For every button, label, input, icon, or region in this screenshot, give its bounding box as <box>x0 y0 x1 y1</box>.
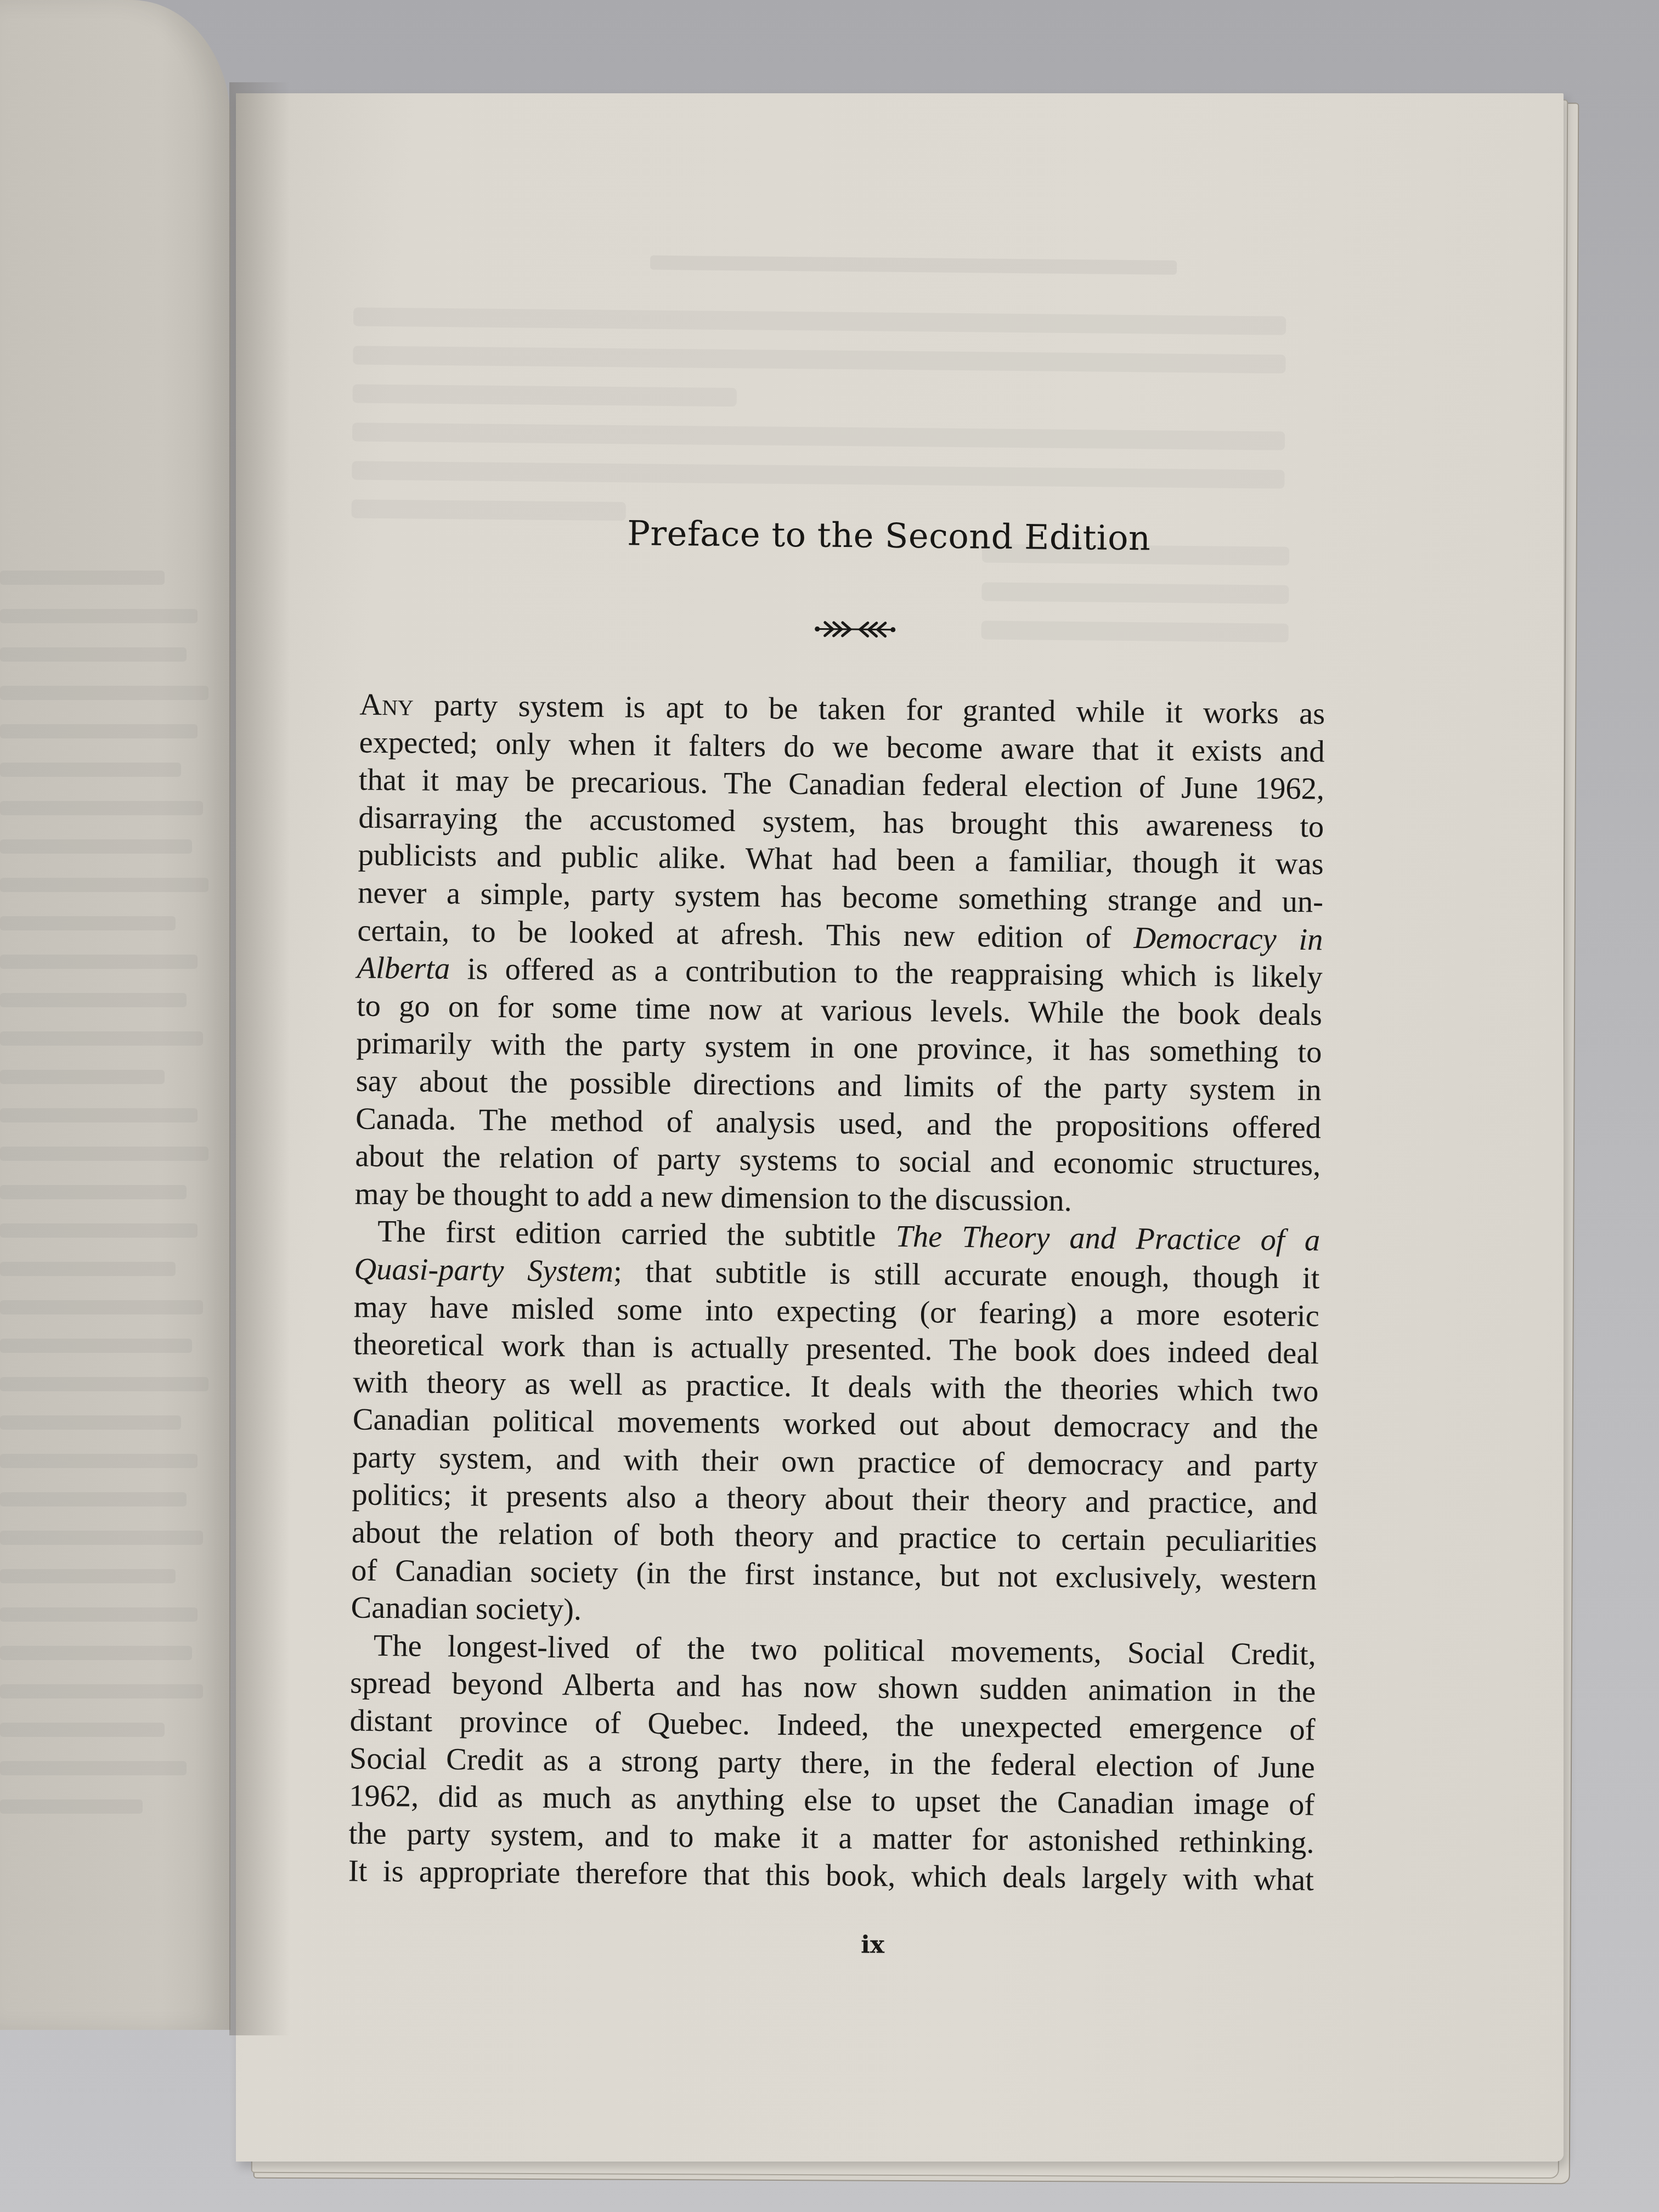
bleed-through-line <box>0 839 192 854</box>
bleed-through-line <box>0 1031 203 1046</box>
bleed-through-line <box>0 647 187 662</box>
line-text: certain, to be looked at afresh. This ne… <box>357 913 1134 955</box>
body-text: Any party system is apt to be taken for … <box>348 686 1325 1900</box>
bleed-through-line <box>0 1108 198 1122</box>
italic-subtitle: Quasi-party System <box>354 1252 613 1289</box>
bleed-through-line <box>0 763 181 777</box>
bleed-through-line <box>0 686 208 700</box>
bleed-through-line <box>0 1646 192 1660</box>
book-page: Preface to the Second Edition Any party … <box>236 93 1564 2162</box>
bleed-through-line <box>353 384 737 407</box>
bleed-through-line <box>352 461 1284 488</box>
italic-subtitle: The Theory and Practice of a <box>895 1220 1320 1257</box>
bleed-through-line <box>0 1492 187 1506</box>
bleed-through-line <box>981 582 1289 603</box>
line-text: is offered as a contribution to the reap… <box>450 952 1323 994</box>
bleed-through-line <box>0 1607 198 1622</box>
bleed-through-line <box>0 993 187 1007</box>
page-content: Preface to the Second Edition Any party … <box>226 87 1573 2168</box>
small-caps-lead: Any <box>359 688 414 723</box>
bleed-through-line <box>0 801 203 815</box>
bleed-through-line <box>0 609 198 623</box>
bleed-through-line <box>0 878 208 892</box>
paragraph-1: Any party system is apt to be taken for … <box>354 686 1325 1222</box>
bleed-through-line <box>0 1723 165 1737</box>
bleed-through-line <box>0 1185 187 1199</box>
bleed-through-line <box>0 1454 198 1468</box>
paragraph-3: The longest-lived of the two political m… <box>348 1627 1317 1899</box>
bleed-through-line <box>0 1147 208 1161</box>
bleed-through-line <box>0 1531 203 1545</box>
bleed-through-line <box>353 346 1285 373</box>
bleed-through-line <box>0 1415 181 1430</box>
bleed-through-line <box>0 1569 176 1583</box>
bleed-through-line <box>0 1339 192 1353</box>
bleed-through-line <box>353 307 1286 335</box>
bleed-through-line <box>0 571 165 585</box>
italic-book-title: Democracy in <box>1133 921 1323 957</box>
bleed-through-line <box>0 955 198 969</box>
bleed-through-line <box>0 1377 208 1391</box>
facing-left-page <box>0 0 230 2030</box>
bleed-through-line <box>0 1761 187 1775</box>
bleed-through-line <box>0 1300 203 1314</box>
italic-book-title: Alberta <box>357 951 450 986</box>
bleed-through-line <box>352 499 626 521</box>
bleed-through-line <box>0 1070 165 1084</box>
bleed-through-running-head <box>650 256 1177 275</box>
line-text: ; that subtitle is still accurate enough… <box>613 1255 1320 1295</box>
bleed-through-line <box>981 620 1289 642</box>
leaf-sprig-ornament-icon <box>814 618 896 640</box>
bleed-through-line <box>0 724 198 738</box>
page-title: Preface to the Second Edition <box>603 513 1175 558</box>
paragraph-2: The first edition carried the subtitle T… <box>351 1213 1320 1636</box>
line-text: The first edition carried the subtitle <box>377 1215 896 1254</box>
bleed-through-line <box>0 1262 176 1276</box>
bleed-through-line <box>0 916 176 930</box>
bleed-through-line <box>0 1684 203 1699</box>
line-text: party system is apt to be taken for gran… <box>414 688 1325 731</box>
bleed-through-line <box>352 422 1285 450</box>
bleed-through-line <box>0 1223 198 1238</box>
page-number: ix <box>850 1931 894 1959</box>
bleed-through-line <box>0 1799 143 1814</box>
